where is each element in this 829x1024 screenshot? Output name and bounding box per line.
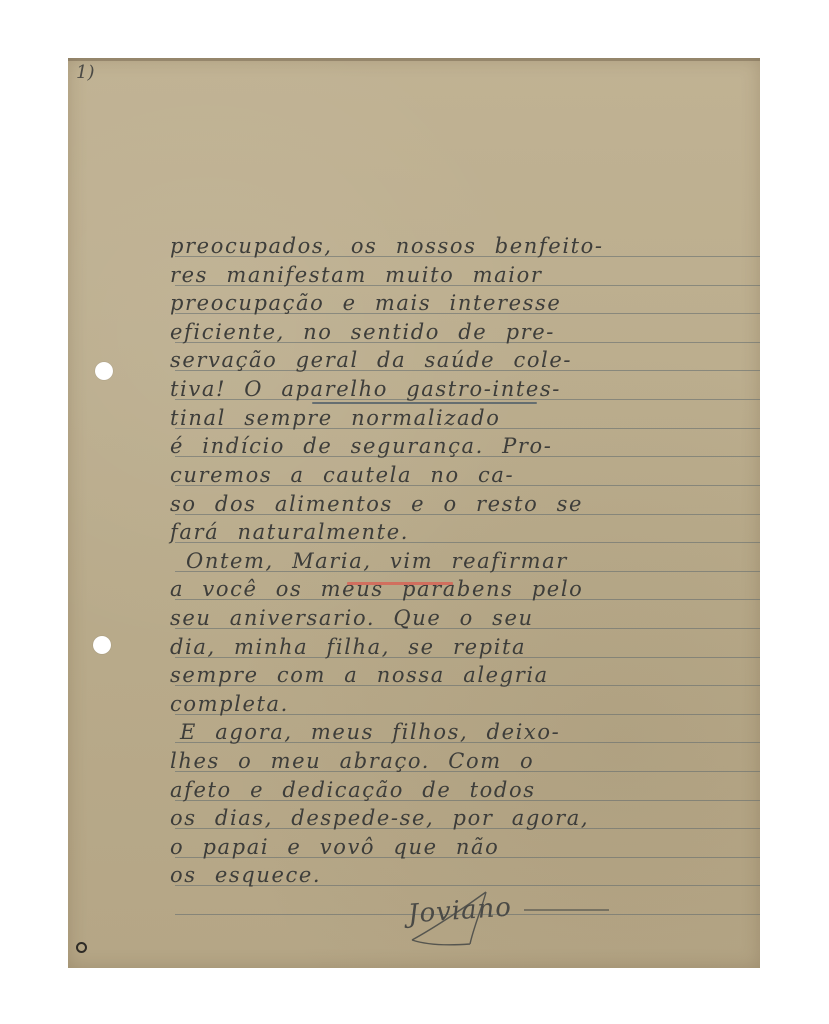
- letter-line: curemos a cautela no ca-: [170, 461, 760, 489]
- letter-page: 1) preocupados, os nossos benfeito- res …: [68, 58, 760, 968]
- letter-line: os dias, despede-se, por agora,: [170, 804, 760, 832]
- page-number: 1): [76, 62, 94, 83]
- letter-line: o papai e vovô que não: [170, 833, 760, 861]
- punch-hole-bottom: [93, 636, 111, 654]
- underline-aparelho: [312, 402, 537, 404]
- letter-line: res manifestam muito maior: [170, 261, 760, 289]
- letter-line: afeto e dedicação de todos: [170, 776, 760, 804]
- letter-line: sempre com a nossa alegria: [170, 661, 760, 689]
- letter-line: dia, minha filha, se repita: [170, 633, 760, 661]
- punch-hole-top: [95, 362, 113, 380]
- letter-line: tinal sempre normalizado: [170, 404, 760, 432]
- letter-line: tiva! O aparelho gastro-intes-: [170, 375, 760, 403]
- letter-line: E agora, meus filhos, deixo-: [180, 718, 770, 746]
- letter-line: preocupação e mais interesse: [170, 289, 760, 317]
- letter-line: a você os meus parabens pelo: [170, 575, 760, 603]
- letter-line: os esquece.: [170, 861, 760, 889]
- letter-line: preocupados, os nossos benfeito-: [170, 232, 760, 260]
- letter-line: lhes o meu abraço. Com o: [170, 747, 760, 775]
- paper-top-edge: [68, 58, 760, 61]
- ring-mark: [76, 942, 87, 953]
- letter-line: servação geral da saúde cole-: [170, 346, 760, 374]
- letter-line: seu aniversario. Que o seu: [170, 604, 760, 632]
- letter-line: completa.: [170, 690, 760, 718]
- letter-line: fará naturalmente.: [170, 518, 760, 546]
- letter-line: Ontem, Maria, vim reafirmar: [186, 547, 776, 575]
- letter-line: so dos alimentos e o resto se: [170, 490, 760, 518]
- underline-maria: [347, 582, 453, 585]
- letter-line: é indício de segurança. Pro-: [170, 432, 760, 460]
- letter-line: eficiente, no sentido de pre-: [170, 318, 760, 346]
